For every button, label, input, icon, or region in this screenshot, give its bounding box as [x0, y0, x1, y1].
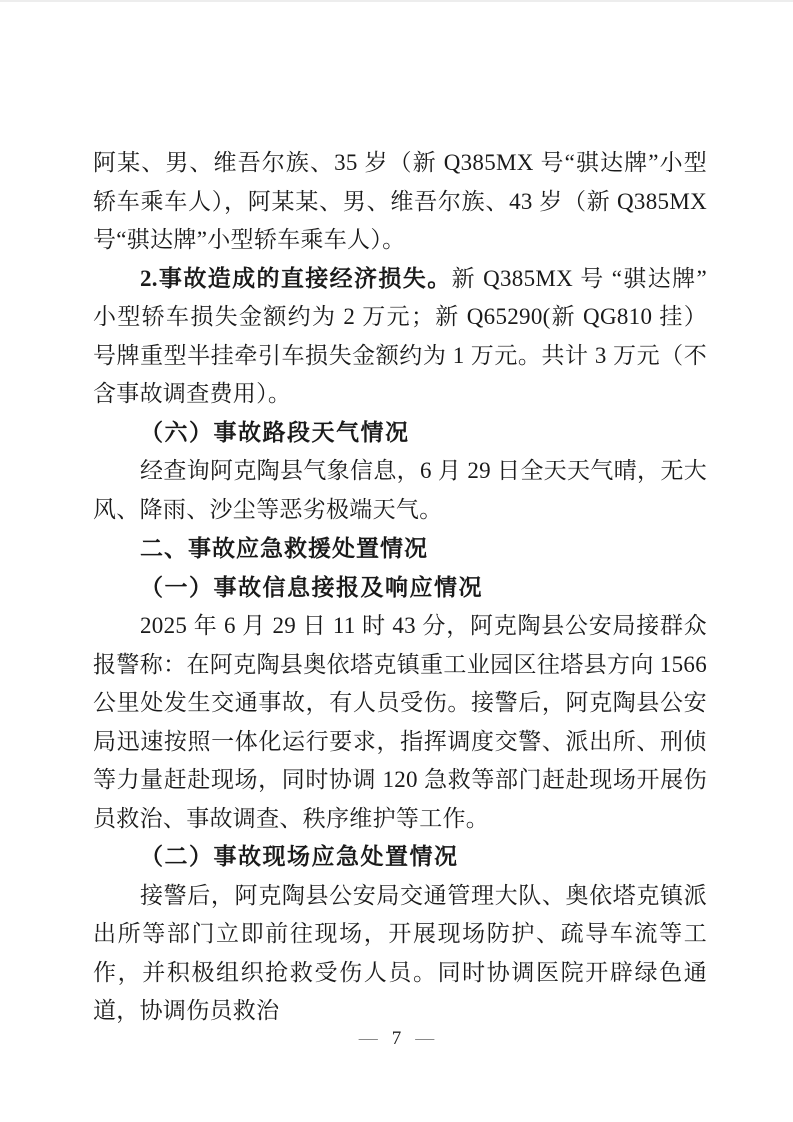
paragraph: 阿某、男、维吾尔族、35 岁（新 Q385MX 号“骐达牌”小型轿车乘车人），阿… — [93, 144, 707, 260]
paragraph: 2025 年 6 月 29 日 11 时 43 分，阿克陶县公安局接群众报警称：… — [93, 607, 707, 838]
text-run: 接警后，阿克陶县公安局交通管理大队、奥依塔克镇派出所等部门立即前往现场，开展现场… — [93, 883, 707, 1024]
heading: （二）事故现场应急处置情况 — [93, 838, 707, 877]
footer-dash-left: — — [359, 1028, 378, 1049]
text-run: 阿某、男、维吾尔族、35 岁（新 Q385MX 号“骐达牌”小型轿车乘车人），阿… — [93, 150, 707, 252]
footer-dash-right: — — [415, 1028, 434, 1049]
text-run: （一）事故信息接报及响应情况 — [140, 575, 483, 600]
text-run: 经查询阿克陶县气象信息，6 月 29 日全天天气晴，无大风、降雨、沙尘等恶劣极端… — [93, 458, 707, 522]
paragraph: 2.事故造成的直接经济损失。新 Q385MX 号 “骐达牌” 小型轿车损失金额约… — [93, 260, 707, 414]
text-run: （二）事故现场应急处置情况 — [140, 844, 459, 869]
document-body: 阿某、男、维吾尔族、35 岁（新 Q385MX 号“骐达牌”小型轿车乘车人），阿… — [93, 144, 707, 1031]
page-number: 7 — [378, 1028, 416, 1049]
text-run: 2025 年 6 月 29 日 11 时 43 分，阿克陶县公安局接群众报警称：… — [93, 613, 707, 831]
heading: 二、事故应急救援处置情况 — [93, 529, 707, 569]
paragraph: 经查询阿克陶县气象信息，6 月 29 日全天天气晴，无大风、降雨、沙尘等恶劣极端… — [93, 452, 707, 529]
page-footer: —7— — [0, 1026, 793, 1052]
heading: （六）事故路段天气情况 — [93, 414, 707, 453]
text-run: 2.事故造成的直接经济损失。 — [140, 266, 452, 291]
paragraph: 接警后，阿克陶县公安局交通管理大队、奥依塔克镇派出所等部门立即前往现场，开展现场… — [93, 877, 707, 1031]
document-page: 阿某、男、维吾尔族、35 岁（新 Q385MX 号“骐达牌”小型轿车乘车人），阿… — [0, 0, 793, 1122]
text-run: （六）事故路段天气情况 — [140, 420, 410, 445]
heading: （一）事故信息接报及响应情况 — [93, 569, 707, 608]
text-run: 二、事故应急救援处置情况 — [140, 535, 428, 561]
